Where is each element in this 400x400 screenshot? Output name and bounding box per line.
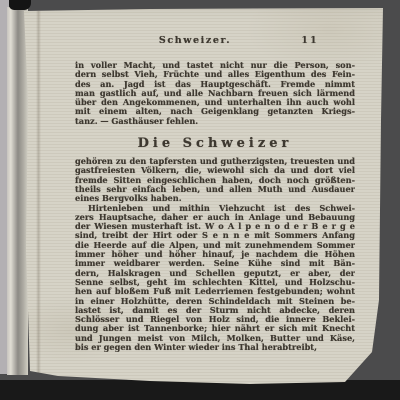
page-header-row: Schweizer. 11	[75, 35, 355, 47]
text-line: gehören zu den tapfersten und gutherzigs…	[75, 157, 355, 166]
text-line: lastet ist, damit es der Sturm nicht abd…	[75, 306, 355, 315]
text-line: mit einem alten, nach Geigenklang getanz…	[75, 107, 355, 116]
paragraph-2: gehören zu den tapfersten und gutherzigs…	[75, 157, 355, 203]
text-line: gastfreiesten Völkern, die, wiewohl sich…	[75, 166, 355, 175]
text-line: dern selbst Vieh, Früchte und alles Eige…	[75, 70, 355, 79]
text-line: Schlösser und Riegel von Holz sind, die …	[75, 315, 355, 324]
text-line: der Wiesen musterhaft ist. W o A l p e n…	[75, 222, 355, 231]
text-line: in voller Macht, und tastet nicht nur di…	[75, 61, 355, 70]
text-line: tanz. — Gasthäuser fehlen.	[75, 117, 355, 126]
text-line: hen auf bloßem Fuß mit Lederriemen festg…	[75, 287, 355, 296]
text-line: in einer Holzhütte, deren Schindeldach m…	[75, 297, 355, 306]
text-line: Hirtenleben und mithin Viehzucht ist des…	[75, 204, 355, 213]
section-heading: Die Schweizer	[75, 135, 355, 152]
text-line: dern, Halskragen und Schellen geputzt, e…	[75, 269, 355, 278]
text-line: und Jungen meist von Milch, Molken, Butt…	[75, 334, 355, 343]
page-fold-crease	[36, 10, 41, 374]
book-scan: Schweizer. 11 in voller Macht, und taste…	[0, 0, 400, 400]
text-line: zers Hauptsache, daher er auch in Anlage…	[75, 213, 355, 222]
text-line: über den Angekommenen, und unterhalten i…	[75, 98, 355, 107]
page-spine-curl	[7, 7, 28, 375]
text-line: immer höher und höher hinauf, je nachdem…	[75, 250, 355, 259]
binding-notch	[9, 0, 31, 10]
running-header: Schweizer.	[75, 35, 315, 46]
text-line: dung aber ist Tannenborke; hier nährt er…	[75, 324, 355, 333]
book-page: Schweizer. 11 in voller Macht, und taste…	[0, 0, 400, 400]
text-line: sind, treibt der Hirt oder S e n n e mit…	[75, 231, 355, 240]
page-number: 11	[301, 36, 319, 46]
page-text-block: Schweizer. 11 in voller Macht, und taste…	[75, 35, 355, 352]
text-line: Senne selbst, geht im schlechten Kittel,…	[75, 278, 355, 287]
paragraph-3: Hirtenleben und mithin Viehzucht ist des…	[75, 204, 355, 353]
text-line: immer weidbarer werden. Seine Kühe sind …	[75, 259, 355, 268]
text-line: eines Bergvolks haben.	[75, 194, 355, 203]
scan-bottom-shadow	[0, 380, 400, 400]
text-line: die Heerde auf die Alpen, und mit zunehm…	[75, 241, 355, 250]
text-line: theils sehr einfach leben, und allen Mut…	[75, 185, 355, 194]
text-line: man gastlich auf, und alle Nachbarn freu…	[75, 89, 355, 98]
text-line: bis er gegen den Winter wieder ins Thal …	[75, 343, 355, 352]
paragraph-1: in voller Macht, und tastet nicht nur di…	[75, 61, 355, 126]
text-line: des an. Jagd ist das Hauptgeschäft. Frem…	[75, 80, 355, 89]
text-line: fremde Sitten eingeschlichen haben, doch…	[75, 176, 355, 185]
